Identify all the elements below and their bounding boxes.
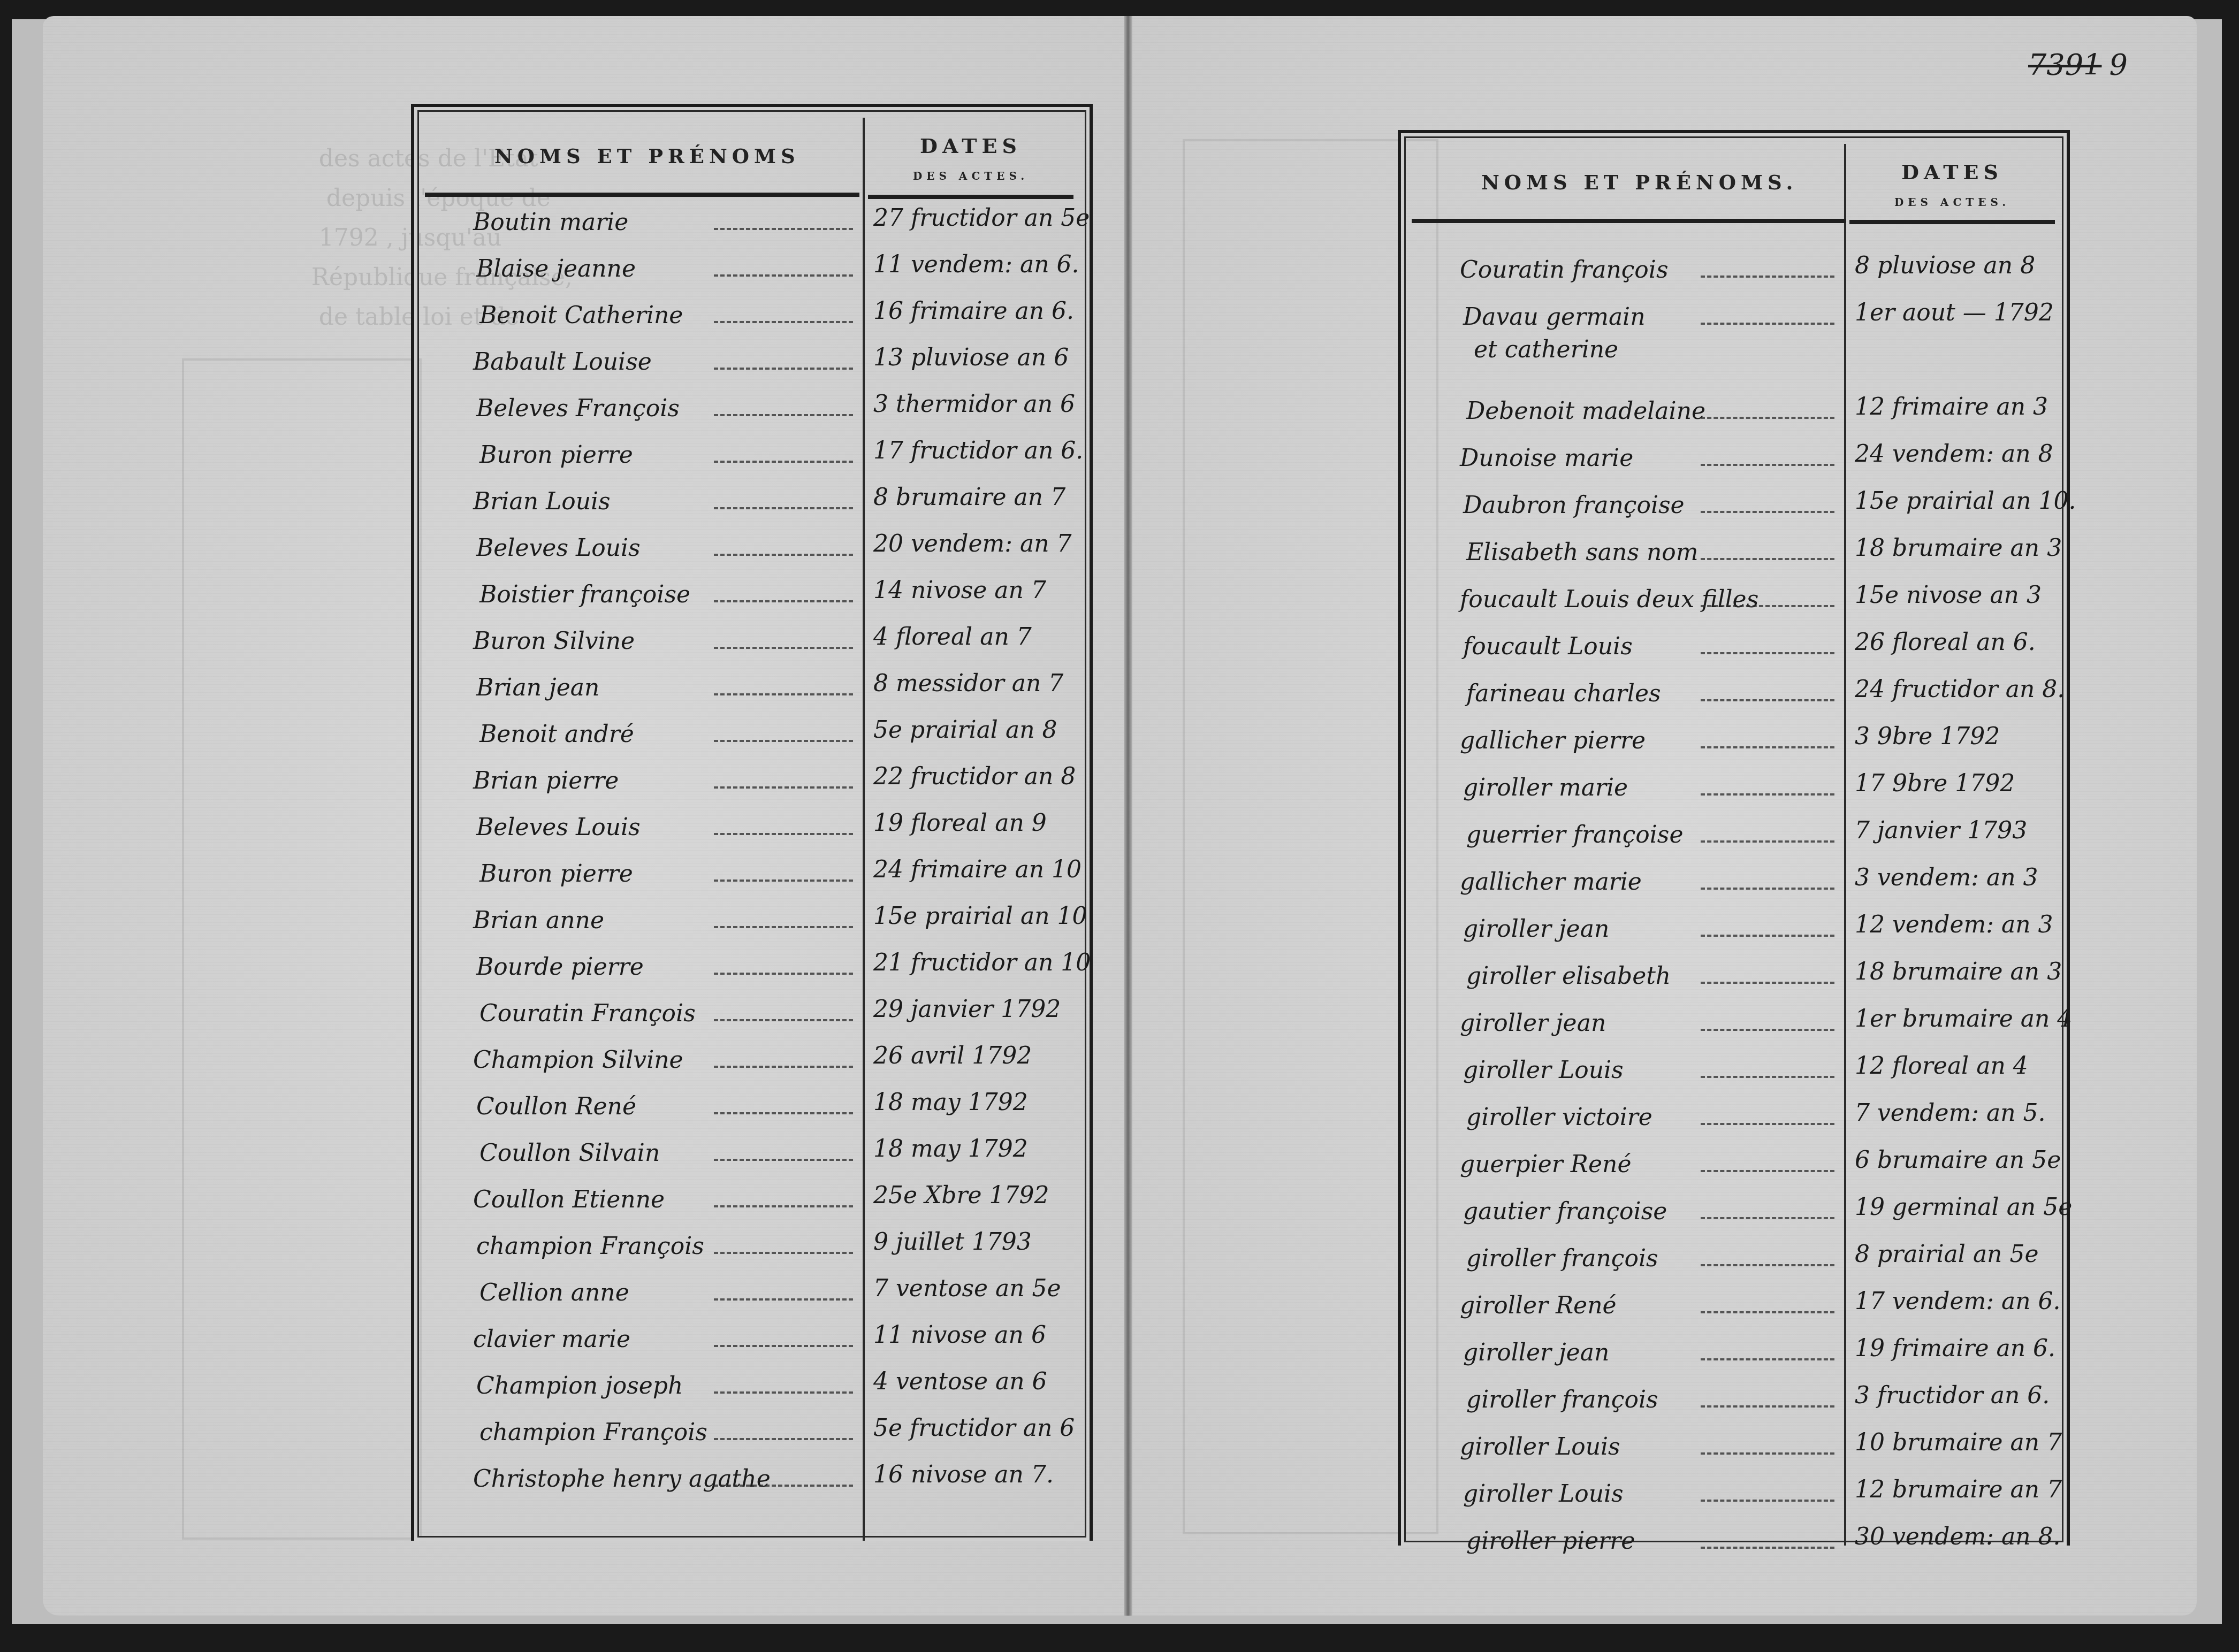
entry-name-text: giroller jean	[1463, 1339, 1609, 1366]
register-entry: giroller Louis10 brumaire an 7	[1401, 1433, 2067, 1476]
entry-name-text: Champion joseph	[476, 1372, 683, 1399]
entry-name: gallicher pierre	[1460, 727, 1646, 754]
leader-dashes	[714, 600, 853, 602]
register-entry: giroller René17 vendem: an 6.	[1401, 1292, 2067, 1335]
entry-name: giroller victoire	[1466, 1104, 1652, 1131]
leader-dashes	[714, 973, 853, 975]
leader-dashes	[714, 1252, 853, 1254]
leader-dashes	[1701, 888, 1834, 890]
register-entry: foucault Louis26 floreal an 6.	[1401, 633, 2067, 676]
leader-dashes	[714, 461, 853, 463]
entry-name-text: Christophe henry agathe	[473, 1465, 771, 1493]
entry-name-text: giroller pierre	[1466, 1527, 1635, 1555]
names-column-header: NOMS ET PRÉNOMS.	[1481, 171, 1798, 194]
entry-date: 24 fructidor an 8.	[1855, 676, 2065, 703]
register-entry: Buron Silvine4 floreal an 7	[414, 628, 1090, 670]
leader-dashes	[714, 1205, 853, 1207]
entry-name: Champion joseph	[476, 1372, 683, 1399]
register-entry: Champion joseph4 ventose an 6	[414, 1372, 1090, 1415]
register-entry: Boutin marie27 fructidor an 5e	[414, 209, 1090, 251]
leader-dashes	[1701, 1358, 1834, 1360]
entry-name: giroller jean	[1463, 1339, 1609, 1366]
leader-dashes	[714, 1066, 853, 1068]
leader-dashes	[1701, 276, 1834, 278]
leader-dashes	[1701, 1076, 1834, 1078]
entry-date: 3 fructidor an 6.	[1855, 1382, 2050, 1409]
entry-name-text: Daubron françoise	[1463, 492, 1685, 519]
entry-date: 6 brumaire an 5e	[1855, 1146, 2061, 1174]
register-entry: Coullon René18 may 1792	[414, 1093, 1090, 1136]
entry-date: 15e prairial an 10.	[1855, 487, 2076, 515]
page-number: 9	[2109, 48, 2127, 82]
register-entry: Boistier françoise14 nivose an 7	[414, 581, 1090, 624]
register-entry: Couratin François29 janvier 1792	[414, 1000, 1090, 1043]
leader-dashes	[1701, 1264, 1834, 1266]
entry-name-text: Couratin François	[479, 1000, 696, 1027]
entry-name: foucault Louis	[1463, 633, 1633, 660]
entry-date: 3 9bre 1792	[1855, 723, 2000, 750]
entry-name-text: Brian jean	[476, 674, 599, 701]
register-entry: Babault Louise13 pluviose an 6	[414, 348, 1090, 391]
dates-subtitle: DES ACTES.	[1850, 196, 2054, 209]
entry-name-text: champion François	[479, 1419, 707, 1446]
entry-name-text: gallicher pierre	[1460, 727, 1646, 754]
entry-date: 14 nivose an 7	[873, 577, 1046, 604]
entry-name: Coullon René	[476, 1093, 636, 1120]
entry-date: 5e fructidor an 6	[873, 1414, 1075, 1442]
entry-name-text: Debenoit madelaine	[1466, 397, 1705, 425]
folio-number: 73919	[2028, 48, 2128, 82]
register-entry: Beleves François3 thermidor an 6	[414, 395, 1090, 438]
leader-dashes	[1701, 1500, 1834, 1502]
entry-name-text: giroller Louis	[1460, 1433, 1620, 1460]
entry-date: 4 ventose an 6	[873, 1368, 1047, 1395]
entry-name-text: giroller elisabeth	[1466, 962, 1671, 990]
register-entry: Daubron françoise15e prairial an 10.	[1401, 492, 2067, 534]
register-entry: Benoit andré5e prairial an 8	[414, 721, 1090, 763]
entry-date: 26 avril 1792	[873, 1042, 1032, 1069]
leader-dashes	[1701, 1170, 1834, 1172]
register-entry: Brian jean8 messidor an 7	[414, 674, 1090, 717]
entry-date: 8 prairial an 5e	[1855, 1241, 2038, 1268]
leader-dashes	[714, 693, 853, 695]
entry-name: Brian Louis	[473, 488, 611, 515]
entry-date: 8 pluviose an 8	[1855, 252, 2035, 279]
left-register-table: NOMS ET PRÉNOMS DATES DES ACTES. Boutin …	[411, 104, 1093, 1541]
entry-name: gautier françoise	[1463, 1198, 1667, 1225]
entry-name: Christophe henry agathe	[473, 1465, 771, 1493]
entry-name: guerrier françoise	[1466, 821, 1683, 848]
entry-date: 12 floreal an 4	[1855, 1052, 2028, 1080]
entry-name-text: Beleves Louis	[476, 814, 641, 841]
register-entry: gallicher marie3 vendem: an 3	[1401, 868, 2067, 911]
entry-date: 3 vendem: an 3	[1855, 864, 2038, 891]
register-entry: Brian Louis8 brumaire an 7	[414, 488, 1090, 531]
entry-date: 22 fructidor an 8	[873, 763, 1076, 790]
leader-dashes	[1701, 935, 1834, 937]
leader-dashes	[714, 274, 853, 277]
entry-date: 18 may 1792	[873, 1089, 1028, 1116]
entry-name: Dunoise marie	[1460, 445, 1633, 472]
entry-name: Davau germainet catherine	[1463, 303, 1646, 363]
register-entry: Coullon Etienne25e Xbre 1792	[414, 1186, 1090, 1229]
header-rule	[1412, 219, 1846, 223]
register-entry: Elisabeth sans nom18 brumaire an 3	[1401, 539, 2067, 582]
bleed-through-frame	[182, 358, 422, 1540]
entry-date: 8 brumaire an 7	[873, 484, 1065, 511]
register-entry: Benoit Catherine16 frimaire an 6.	[414, 302, 1090, 345]
dates-title: DATES	[869, 134, 1072, 158]
leader-dashes	[714, 879, 853, 882]
register-entry: gautier françoise19 germinal an 5e	[1401, 1198, 2067, 1241]
entry-name-text: Beleves François	[476, 395, 680, 422]
leader-dashes	[1701, 511, 1834, 513]
register-entry: guerrier françoise7 janvier 1793	[1401, 821, 2067, 864]
leader-dashes	[714, 1019, 853, 1021]
entry-date: 19 floreal an 9	[873, 809, 1047, 837]
leader-dashes	[714, 1298, 853, 1301]
entry-name-text: giroller Louis	[1463, 1480, 1624, 1508]
entry-name: Buron pierre	[479, 441, 633, 469]
entry-name: Brian anne	[473, 907, 604, 934]
leader-dashes	[1701, 793, 1834, 796]
leader-dashes	[1701, 1311, 1834, 1313]
entry-name: giroller Louis	[1463, 1057, 1624, 1084]
entry-date: 20 vendem: an 7	[873, 530, 1072, 557]
register-entry: giroller jean1er brumaire an 4	[1401, 1009, 2067, 1052]
entry-name-text: giroller jean	[1460, 1009, 1606, 1037]
entry-name: giroller Louis	[1463, 1480, 1624, 1508]
entry-name: champion François	[479, 1419, 707, 1446]
leader-dashes	[714, 1485, 853, 1487]
names-column-header: NOMS ET PRÉNOMS	[494, 144, 800, 168]
entry-date: 11 vendem: an 6.	[873, 251, 1079, 278]
entry-name-text: Buron pierre	[479, 441, 633, 469]
dates-subtitle: DES ACTES.	[869, 170, 1072, 182]
leader-dashes	[714, 321, 853, 323]
leader-dashes	[1701, 1217, 1834, 1219]
register-entry: Debenoit madelaine12 frimaire an 3	[1401, 397, 2067, 440]
register-entry: giroller Louis12 brumaire an 7	[1401, 1480, 2067, 1523]
entry-date: 12 vendem: an 3	[1855, 911, 2053, 938]
entry-date: 18 brumaire an 3	[1855, 958, 2062, 985]
register-entry: giroller françois3 fructidor an 6.	[1401, 1386, 2067, 1429]
leader-dashes	[714, 228, 853, 230]
entry-name-text: Coullon René	[476, 1093, 636, 1120]
entry-name: giroller françois	[1466, 1245, 1658, 1272]
leader-dashes	[714, 926, 853, 928]
entry-name-continuation: et catherine	[1474, 336, 1646, 363]
entry-date: 19 germinal an 5e	[1855, 1194, 2072, 1221]
entry-name: gallicher marie	[1460, 868, 1642, 896]
register-entry: giroller pierre30 vendem: an 8.	[1401, 1527, 2067, 1570]
entry-name: Coullon Silvain	[479, 1139, 660, 1167]
leader-dashes	[1701, 652, 1834, 654]
header-rule	[425, 193, 859, 197]
leader-dashes	[1701, 605, 1834, 607]
entry-name-text: Boutin marie	[473, 209, 628, 236]
entry-date: 18 may 1792	[873, 1135, 1028, 1162]
entry-name-text: foucault Louis	[1463, 633, 1633, 660]
struck-page-number: 7391	[2028, 48, 2101, 82]
entry-name: champion François	[476, 1233, 704, 1260]
entry-name: Champion Silvine	[473, 1046, 683, 1074]
entry-name: giroller pierre	[1466, 1527, 1635, 1555]
leader-dashes	[1701, 417, 1834, 419]
register-entry: Beleves Louis19 floreal an 9	[414, 814, 1090, 856]
leader-dashes	[714, 554, 853, 556]
entry-name-text: Brian pierre	[473, 767, 619, 794]
entry-name-text: farineau charles	[1466, 680, 1661, 707]
entry-name-text: Champion Silvine	[473, 1046, 683, 1074]
entry-date: 12 brumaire an 7	[1855, 1476, 2062, 1503]
entry-name: Couratin françois	[1460, 256, 1669, 284]
entry-name: giroller elisabeth	[1466, 962, 1671, 990]
entry-date: 9 juillet 1793	[873, 1228, 1032, 1256]
register-entry: giroller victoire7 vendem: an 5.	[1401, 1104, 2067, 1146]
entry-name: Beleves Louis	[476, 534, 641, 562]
header-rule	[868, 195, 1073, 199]
entry-date: 30 vendem: an 8.	[1855, 1523, 2060, 1550]
dates-title: DATES	[1850, 160, 2054, 184]
register-entry: Brian anne15e prairial an 10	[414, 907, 1090, 950]
entry-name: Beleves François	[476, 395, 680, 422]
entry-name-text: Elisabeth sans nom	[1466, 539, 1699, 566]
register-entry: Davau germainet catherine1er aout — 1792	[1401, 303, 2067, 346]
right-register-table: NOMS ET PRÉNOMS. DATES DES ACTES. Courat…	[1398, 130, 2070, 1546]
register-entry: Buron pierre24 frimaire an 10	[414, 860, 1090, 903]
leader-dashes	[714, 1391, 853, 1394]
entry-name-text: Beleves Louis	[476, 534, 641, 562]
register-entry: foucault Louis deux filles15e nivose an …	[1401, 586, 2067, 629]
entry-date: 15e prairial an 10	[873, 903, 1087, 930]
entry-name: Boutin marie	[473, 209, 628, 236]
register-entry: Buron pierre17 fructidor an 6.	[414, 441, 1090, 484]
entry-name-text: Benoit Catherine	[479, 302, 683, 329]
entry-name: Beleves Louis	[476, 814, 641, 841]
entry-name: Boistier françoise	[479, 581, 690, 608]
entry-date: 17 fructidor an 6.	[873, 437, 1083, 464]
entry-name-text: giroller jean	[1463, 915, 1609, 943]
entry-name: Babault Louise	[473, 348, 652, 376]
entry-date: 12 frimaire an 3	[1855, 393, 2048, 420]
entry-name-text: giroller victoire	[1466, 1104, 1652, 1131]
entry-date: 1er aout — 1792	[1855, 299, 2054, 326]
register-entry: champion François5e fructidor an 6	[414, 1419, 1090, 1462]
entry-name-text: Buron pierre	[479, 860, 633, 888]
entry-name: farineau charles	[1466, 680, 1661, 707]
entry-name: giroller jean	[1463, 915, 1609, 943]
entry-date: 19 frimaire an 6.	[1855, 1335, 2055, 1362]
entry-name: giroller marie	[1463, 774, 1628, 801]
entry-name: Blaise jeanne	[476, 255, 636, 282]
leader-dashes	[1701, 746, 1834, 748]
dates-column-header: DATES DES ACTES.	[869, 134, 1072, 182]
leader-dashes	[1701, 464, 1834, 466]
register-entry: champion François9 juillet 1793	[414, 1233, 1090, 1275]
entry-name-text: Couratin françois	[1460, 256, 1669, 284]
register-entry: Dunoise marie24 vendem: an 8	[1401, 445, 2067, 487]
entry-date: 17 vendem: an 6.	[1855, 1288, 2060, 1315]
leader-dashes	[1701, 323, 1834, 325]
book-gutter	[1124, 16, 1132, 1616]
entry-date: 13 pluviose an 6	[873, 344, 1069, 371]
leader-dashes	[714, 507, 853, 509]
entry-name: giroller Louis	[1460, 1433, 1620, 1460]
entry-date: 29 janvier 1792	[873, 996, 1061, 1023]
leader-dashes	[1701, 1405, 1834, 1408]
entry-date: 8 messidor an 7	[873, 670, 1063, 697]
register-entry: giroller marie17 9bre 1792	[1401, 774, 2067, 817]
entry-name-text: giroller Louis	[1463, 1057, 1624, 1084]
entry-date: 3 thermidor an 6	[873, 391, 1075, 418]
entry-name: Buron Silvine	[473, 628, 635, 655]
leader-dashes	[714, 368, 853, 370]
leader-dashes	[714, 1112, 853, 1114]
leader-dashes	[1701, 1547, 1834, 1549]
register-entry: guerpier René6 brumaire an 5e	[1401, 1151, 2067, 1194]
entry-date: 10 brumaire an 7	[1855, 1429, 2062, 1456]
entry-name-text: Brian Louis	[473, 488, 611, 515]
entry-name-text: Coullon Silvain	[479, 1139, 660, 1167]
entry-date: 4 floreal an 7	[873, 623, 1032, 651]
entry-name-text: guerpier René	[1460, 1151, 1631, 1178]
entry-name-text: Babault Louise	[473, 348, 652, 376]
entry-name: giroller françois	[1466, 1386, 1658, 1413]
register-entry: Blaise jeanne11 vendem: an 6.	[414, 255, 1090, 298]
register-entry: giroller Louis12 floreal an 4	[1401, 1057, 2067, 1099]
entry-name-text: Boistier françoise	[479, 581, 690, 608]
entry-name-text: Dunoise marie	[1460, 445, 1633, 472]
entry-name-text: champion François	[476, 1233, 704, 1260]
entry-date: 7 vendem: an 5.	[1855, 1099, 2046, 1127]
leader-dashes	[714, 740, 853, 742]
entry-name-text: giroller René	[1460, 1292, 1617, 1319]
entry-name: Daubron françoise	[1463, 492, 1685, 519]
entry-date: 26 floreal an 6.	[1855, 629, 2036, 656]
register-entry: Champion Silvine26 avril 1792	[414, 1046, 1090, 1089]
entry-date: 7 janvier 1793	[1855, 817, 2027, 844]
entry-name: Coullon Etienne	[473, 1186, 665, 1213]
entry-date: 16 nivose an 7.	[873, 1461, 1054, 1488]
register-entry: Coullon Silvain18 may 1792	[414, 1139, 1090, 1182]
register-entry: gallicher pierre3 9bre 1792	[1401, 727, 2067, 770]
entry-name-text: giroller françois	[1466, 1245, 1658, 1272]
entry-name: Brian pierre	[473, 767, 619, 794]
entry-name: Bourde pierre	[476, 953, 644, 981]
entry-name: Debenoit madelaine	[1466, 397, 1705, 425]
register-entry: giroller elisabeth18 brumaire an 3	[1401, 962, 2067, 1005]
entry-date: 16 frimaire an 6.	[873, 297, 1074, 325]
leader-dashes	[1701, 699, 1834, 701]
leader-dashes	[1701, 1029, 1834, 1031]
entry-name: foucault Louis deux filles	[1460, 586, 1758, 613]
entry-date: 11 nivose an 6	[873, 1321, 1046, 1349]
entry-name: Benoit andré	[479, 721, 634, 748]
entry-date: 27 fructidor an 5e	[873, 204, 1090, 232]
entry-name-text: Benoit andré	[479, 721, 634, 748]
entry-name-text: clavier marie	[473, 1326, 630, 1353]
entry-name-text: gautier françoise	[1463, 1198, 1667, 1225]
entry-name: Elisabeth sans nom	[1466, 539, 1699, 566]
register-entry: farineau charles24 fructidor an 8.	[1401, 680, 2067, 723]
entry-name: guerpier René	[1460, 1151, 1631, 1178]
register-entry: Christophe henry agathe16 nivose an 7.	[414, 1465, 1090, 1508]
dates-column-header: DATES DES ACTES.	[1850, 160, 2054, 209]
entry-name: Couratin François	[479, 1000, 696, 1027]
register-entry: clavier marie11 nivose an 6	[414, 1326, 1090, 1368]
register-entry: Couratin françois8 pluviose an 8	[1401, 256, 2067, 299]
leader-dashes	[1701, 558, 1834, 560]
register-entry: Brian pierre22 fructidor an 8	[414, 767, 1090, 810]
entry-date: 1er brumaire an 4	[1855, 1005, 2072, 1032]
entry-date: 24 vendem: an 8	[1855, 440, 2053, 468]
leader-dashes	[1701, 840, 1834, 843]
leader-dashes	[714, 1438, 853, 1440]
entry-date: 17 9bre 1792	[1855, 770, 2015, 797]
register-entry: Bourde pierre21 fructidor an 10	[414, 953, 1090, 996]
entry-name-text: Cellion anne	[479, 1279, 629, 1306]
register-entry: giroller jean19 frimaire an 6.	[1401, 1339, 2067, 1382]
entry-name-text: Buron Silvine	[473, 628, 635, 655]
leader-dashes	[1701, 1123, 1834, 1125]
header-rule	[1849, 220, 2055, 224]
entry-name: Cellion anne	[479, 1279, 629, 1306]
entry-date: 18 brumaire an 3	[1855, 534, 2062, 562]
entry-date: 7 ventose an 5e	[873, 1275, 1061, 1302]
entry-name-text: Blaise jeanne	[476, 255, 636, 282]
leader-dashes	[714, 786, 853, 789]
entry-name: giroller jean	[1460, 1009, 1606, 1037]
entry-name-text: Coullon Etienne	[473, 1186, 665, 1213]
leader-dashes	[714, 414, 853, 416]
entry-name: Benoit Catherine	[479, 302, 683, 329]
entry-date: 25e Xbre 1792	[873, 1182, 1049, 1209]
leader-dashes	[714, 647, 853, 649]
leader-dashes	[1701, 1452, 1834, 1455]
entry-name-text: Bourde pierre	[476, 953, 644, 981]
entry-name-text: giroller françois	[1466, 1386, 1658, 1413]
entry-name-text: gallicher marie	[1460, 868, 1642, 896]
leader-dashes	[714, 1159, 853, 1161]
register-entry: giroller jean12 vendem: an 3	[1401, 915, 2067, 958]
leader-dashes	[714, 833, 853, 835]
entry-name-text: giroller marie	[1463, 774, 1628, 801]
register-entry: giroller françois8 prairial an 5e	[1401, 1245, 2067, 1288]
entry-date: 24 frimaire an 10	[873, 856, 1082, 883]
entry-name-text: foucault Louis deux filles	[1460, 586, 1758, 613]
entry-date: 15e nivose an 3	[1855, 582, 2042, 609]
entry-name: Buron pierre	[479, 860, 633, 888]
entry-name-text: guerrier françoise	[1466, 821, 1683, 848]
register-entry: Beleves Louis20 vendem: an 7	[414, 534, 1090, 577]
entry-date: 5e prairial an 8	[873, 716, 1057, 744]
leader-dashes	[1701, 982, 1834, 984]
entry-name-text: Davau germain	[1463, 303, 1646, 331]
entry-name: giroller René	[1460, 1292, 1617, 1319]
entry-name: clavier marie	[473, 1326, 630, 1353]
entry-date: 21 fructidor an 10	[873, 949, 1091, 976]
register-entry: Cellion anne7 ventose an 5e	[414, 1279, 1090, 1322]
entry-name-text: Brian anne	[473, 907, 604, 934]
entry-name: Brian jean	[476, 674, 599, 701]
leader-dashes	[714, 1345, 853, 1347]
